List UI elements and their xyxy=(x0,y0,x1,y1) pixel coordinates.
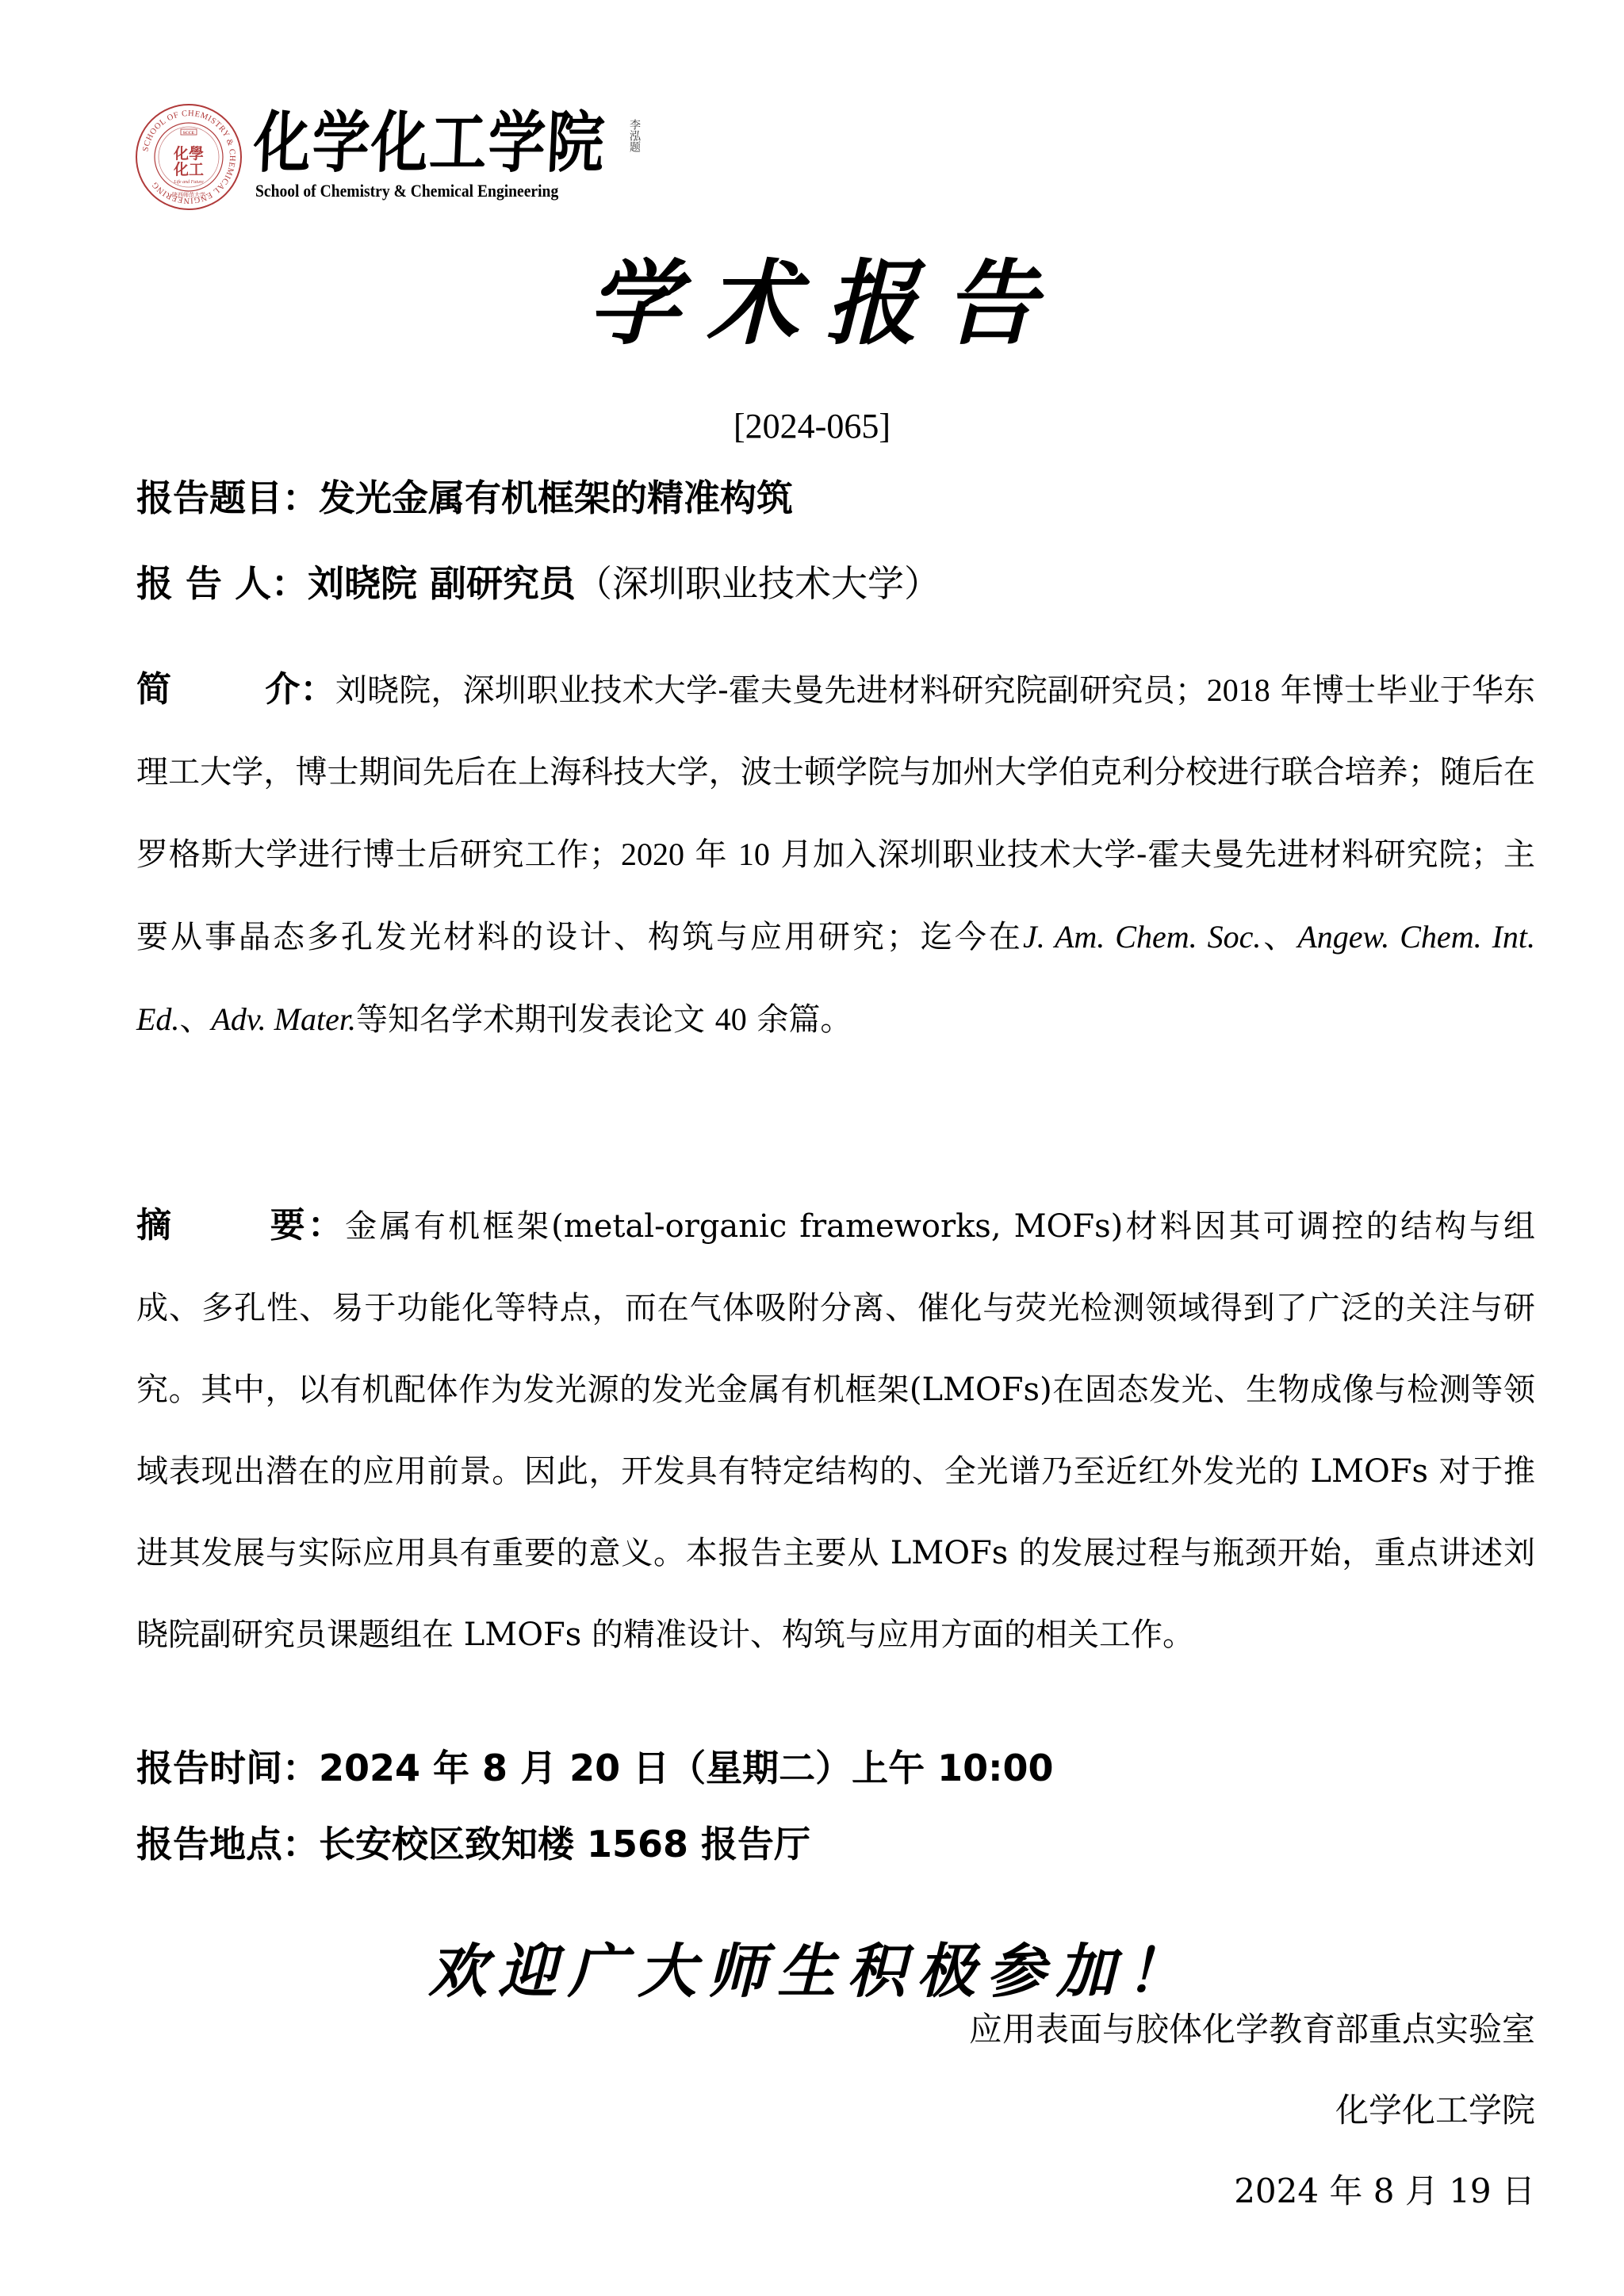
svg-text:SCCE: SCCE xyxy=(183,131,195,136)
paper-count: 40 xyxy=(715,1001,747,1037)
welcome-slogan: 欢迎广大师生积极参加！ xyxy=(0,1936,1624,2007)
page-title: 学术报告 xyxy=(0,252,1624,355)
bio-year: 2018 xyxy=(1207,672,1270,708)
school-name-en: School of Chemistry & Chemical Engineeri… xyxy=(255,181,558,201)
time-value: 2024 年 8 月 20 日（星期二）上午 10:00 xyxy=(319,1747,1054,1789)
speaker-affiliation: （深圳职业技术大学） xyxy=(576,562,940,605)
location-value: 长安校区致知楼 1568 报告厅 xyxy=(319,1823,810,1865)
organizer-school: 化学化工学院 xyxy=(1335,2087,1535,2134)
speaker-title: 副研究员 xyxy=(430,562,576,605)
journal-name: Adv. Mater. xyxy=(211,1001,356,1037)
bio-text: 余篇。 xyxy=(747,1001,852,1038)
bio-label-2: 介： xyxy=(265,669,335,710)
document-number: [2024-065] xyxy=(0,403,1624,450)
bio-text: 刘晓院，深圳职业技术大学-霍夫曼先进材料研究院副研究员； xyxy=(335,672,1207,709)
location-line: 报告地点：长安校区致知楼 1568 报告厅 xyxy=(136,1820,1535,1868)
bio-month: 10 xyxy=(738,836,770,872)
report-topic: 发光金属有机框架的精准构筑 xyxy=(319,476,793,519)
time-label: 报告时间： xyxy=(136,1747,319,1789)
speaker-bio: 简介：刘晓院，深圳职业技术大学-霍夫曼先进材料研究院副研究员；2018 年博士毕… xyxy=(136,649,1535,1061)
abstract: 摘要：金属有机框架(metal-organic frameworks, MOFs… xyxy=(136,1184,1535,1676)
organizer-lab: 应用表面与胶体化学教育部重点实验室 xyxy=(969,2006,1535,2053)
separator: 、 xyxy=(1261,919,1297,955)
abstract-text: 金属有机框架(metal-organic frameworks, MOFs)材料… xyxy=(136,1208,1535,1653)
report-topic-line: 报告题目：发光金属有机框架的精准构筑 xyxy=(136,474,1535,522)
journal-name: J. Am. Chem. Soc. xyxy=(1023,919,1261,955)
bio-text: 年 xyxy=(684,836,738,873)
bio-year: 2020 xyxy=(621,836,684,872)
topic-label: 报告题目： xyxy=(136,476,319,519)
location-label: 报告地点： xyxy=(136,1823,319,1865)
abstract-label-1: 摘 xyxy=(136,1205,174,1246)
issue-date: 2024 年 8 月 19 日 xyxy=(1234,2168,1535,2215)
bio-label-1: 简 xyxy=(136,669,171,710)
speaker-name: 刘晓院 xyxy=(308,562,417,605)
calligrapher-signature: 李泓题 xyxy=(628,119,641,152)
svg-text:·陕西师范大学·: ·陕西师范大学· xyxy=(170,191,207,198)
school-name-cn: 化学化工学院 xyxy=(252,105,607,181)
separator: 、 xyxy=(179,1001,211,1038)
speaker-label: 报 告 人： xyxy=(136,562,308,605)
school-seal-icon: SCHOOL OF CHEMISTRY & CHEMICAL ENGINEERI… xyxy=(135,103,243,211)
abstract-label-2: 要： xyxy=(267,1205,345,1246)
time-line: 报告时间：2024 年 8 月 20 日（星期二）上午 10:00 xyxy=(136,1744,1535,1792)
speaker-line: 报 告 人：刘晓院 副研究员（深圳职业技术大学） xyxy=(136,560,1535,607)
svg-text:化工: 化工 xyxy=(173,161,204,178)
svg-text:Life and Future: Life and Future xyxy=(173,179,204,185)
svg-text:化學: 化學 xyxy=(173,144,204,163)
bio-text: 等知名学术期刊发表论文 xyxy=(356,1001,715,1038)
